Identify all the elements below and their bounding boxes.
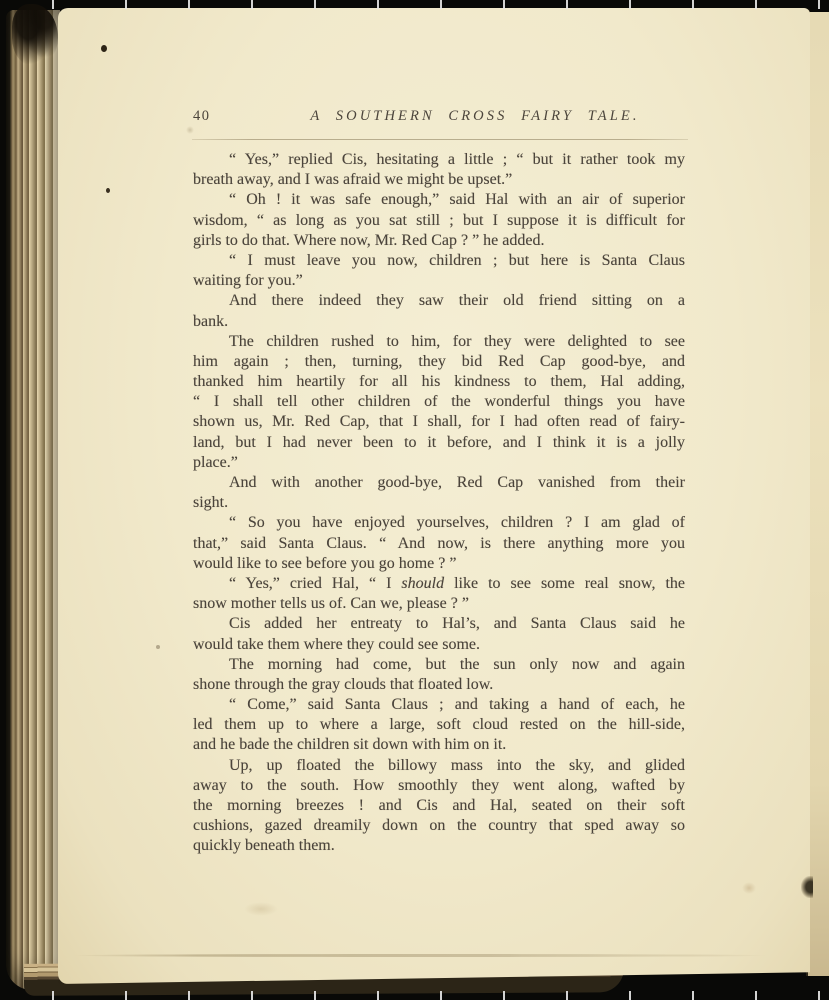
text-line: him again ; then, turning, they bid Red … [193,352,685,372]
paper-fleck [156,645,160,649]
text-line: place.” [193,453,685,473]
paper-stain [742,882,756,894]
text-line: breath away, and I was afraid we might b… [193,170,685,190]
text-line: cushions, gazed dreamily down on the cou… [193,816,685,836]
paragraph: “ So you have enjoyed yourselves, childr… [193,513,685,574]
text-line: land, but I had never been to it before,… [193,433,685,453]
text-line: “ I shall tell other children of the won… [193,392,685,412]
text-line: and he bade the children sit down with h… [193,735,685,755]
book-page: 40 A SOUTHERN CROSS FAIRY TALE. “ Yes,” … [58,8,810,984]
text-line: bank. [193,312,685,332]
paper-stain [244,902,278,916]
page-edge-stack-left [6,10,60,990]
header-rule [192,139,688,140]
paragraph: “ I must leave you now, children ; but h… [193,251,685,291]
text-line: “ Yes,” replied Cis, hesitating a little… [193,150,685,170]
paragraph: “ Yes,” replied Cis, hesitating a little… [193,150,685,190]
text-line: wisdom, “ as long as you sat still ; but… [193,211,685,231]
running-title: A SOUTHERN CROSS FAIRY TALE. [263,108,687,125]
page-header: 40 A SOUTHERN CROSS FAIRY TALE. [193,108,687,130]
text-line: shone through the gray clouds that float… [193,675,685,695]
text-line: The children rushed to him, for they wer… [193,332,685,352]
text-line: And there indeed they saw their old frie… [193,291,685,311]
text-line: waiting for you.” [193,271,685,291]
text-line: the morning breezes ! and Cis and Hal, s… [193,796,685,816]
film-ruler-top [0,0,829,9]
page-bottom-crease [70,954,770,957]
text-line: thanked him heartily for all his kindnes… [193,372,685,392]
text-line: “ Come,” said Santa Claus ; and taking a… [193,695,685,715]
text-line: led them up to where a large, soft cloud… [193,715,685,735]
paragraph: “ Oh ! it was safe enough,” said Hal wit… [193,190,685,251]
text-line: “ So you have enjoyed yourselves, childr… [193,513,685,533]
text-line: away to the south. How smoothly they wen… [193,776,685,796]
paragraph: And with another good-bye, Red Cap vanis… [193,473,685,513]
text-line: quickly beneath them. [193,836,685,856]
text-line: The morning had come, but the sun only n… [193,655,685,675]
paper-fleck [101,45,107,52]
paragraph: The children rushed to him, for they wer… [193,332,685,473]
text-line: And with another good-bye, Red Cap vanis… [193,473,685,493]
text-line: sight. [193,493,685,513]
text-line: girls to do that. Where now, Mr. Red Cap… [193,231,685,251]
text-line: shown us, Mr. Red Cap, that I shall, for… [193,412,685,432]
text-line: “ Oh ! it was safe enough,” said Hal wit… [193,190,685,210]
text-line: would take them where they could see som… [193,635,685,655]
page-tear [801,876,813,898]
paper-fleck [106,188,110,193]
text-line: would like to see before you go home ? ” [193,554,685,574]
paragraph: “ Come,” said Santa Claus ; and taking a… [193,695,685,756]
paper-stain [186,126,194,134]
book-scan: 40 A SOUTHERN CROSS FAIRY TALE. “ Yes,” … [0,0,829,1000]
text-line: snow mother tells us of. Can we, please … [193,594,685,614]
page-number: 40 [193,108,263,125]
paragraph: The morning had come, but the sun only n… [193,655,685,695]
paragraph: And there indeed they saw their old frie… [193,291,685,331]
paragraph: “ Yes,” cried Hal, “ I should like to se… [193,574,685,614]
text-line: that,” said Santa Claus. “ And now, is t… [193,534,685,554]
text-line: “ Yes,” cried Hal, “ I should like to se… [193,574,685,594]
text-line: Cis added her entreaty to Hal’s, and San… [193,614,685,634]
text-block: “ Yes,” replied Cis, hesitating a little… [193,150,685,857]
paragraph: Cis added her entreaty to Hal’s, and San… [193,614,685,654]
text-line: Up, up floated the billowy mass into the… [193,756,685,776]
film-ruler-bottom [0,991,829,1000]
paragraph: Up, up floated the billowy mass into the… [193,756,685,857]
text-line: “ I must leave you now, children ; but h… [193,251,685,271]
